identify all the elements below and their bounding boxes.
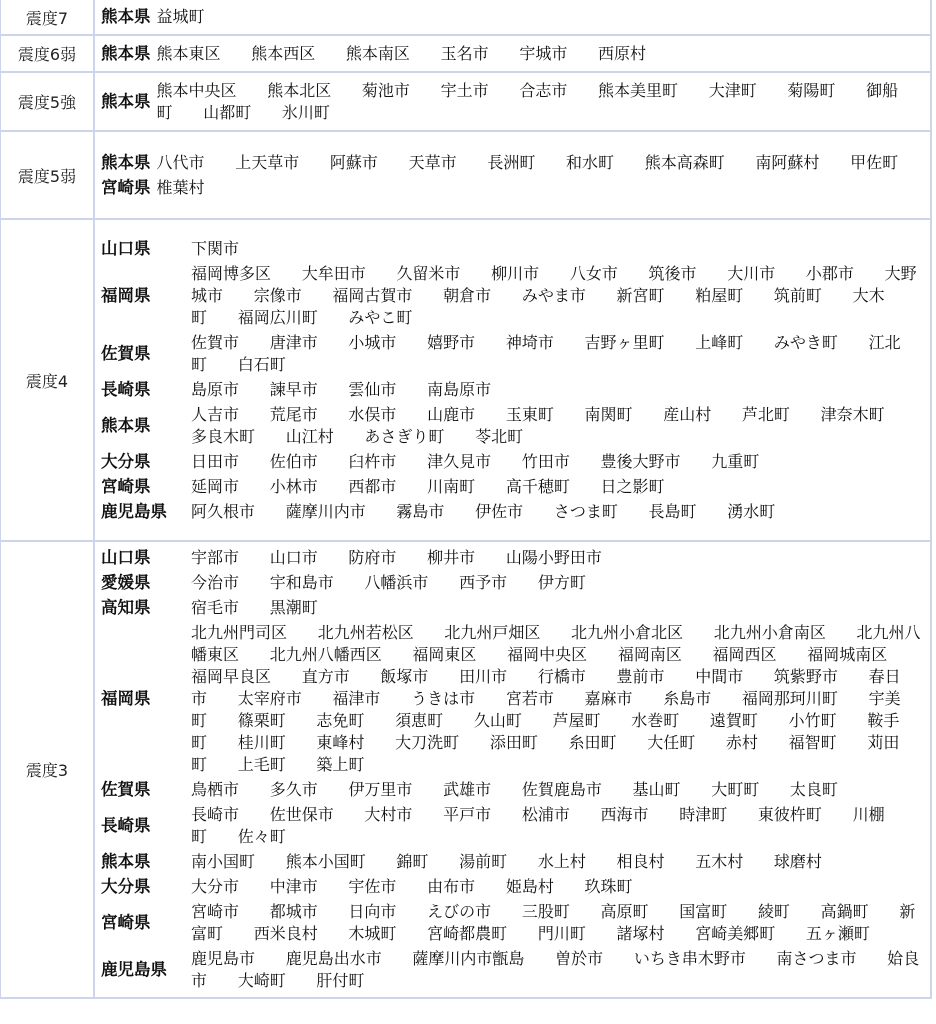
town-name: 粕屋町 bbox=[695, 286, 743, 305]
town-name: 八女市 bbox=[570, 264, 618, 283]
town-name: 日田市 bbox=[191, 452, 239, 471]
town-name: 延岡市 bbox=[191, 477, 239, 496]
town-name: 長島町 bbox=[649, 502, 697, 521]
town-name: 諸塚村 bbox=[617, 924, 665, 943]
town-name: 飯塚市 bbox=[380, 667, 428, 686]
town-name: 大町町 bbox=[711, 780, 759, 799]
town-name: 柳川市 bbox=[491, 264, 539, 283]
town-name: 氷川町 bbox=[282, 103, 330, 122]
town-name: 熊本南区 bbox=[346, 44, 410, 63]
town-name: 武雄市 bbox=[443, 780, 491, 799]
town-list: 熊本中央区 熊本北区 菊池市 宇土市 合志市 熊本美里町 大津町 菊陽町 御船町… bbox=[151, 80, 925, 124]
town-name: 吉野ヶ里町 bbox=[585, 333, 665, 352]
affected-areas-cell: 熊本県八代市 上天草市 阿蘇市 天草市 長洲町 和水町 熊本高森町 南阿蘇村 甲… bbox=[94, 131, 931, 219]
table-body: 震度7熊本県益城町 震度6弱熊本県熊本東区 熊本西区 熊本南区 玉名市 宇城市 … bbox=[0, 0, 931, 998]
town-name: 東峰村 bbox=[316, 733, 364, 752]
town-list: 下関市 bbox=[185, 238, 924, 260]
town-name: 水上村 bbox=[538, 852, 586, 871]
town-name: 南関町 bbox=[585, 405, 633, 424]
affected-areas-cell: 熊本県熊本東区 熊本西区 熊本南区 玉名市 宇城市 西原村 bbox=[94, 35, 931, 72]
town-name: 南さつま市 bbox=[777, 949, 857, 968]
town-name: あさぎり町 bbox=[364, 427, 444, 446]
prefecture-row: 熊本県南小国町 熊本小国町 錦町 湯前町 水上村 相良村 五木村 球磨村 bbox=[101, 851, 924, 873]
town-list: 人吉市 荒尾市 水俣市 山鹿市 玉東町 南関町 産山村 芦北町 津奈木町 多良木… bbox=[185, 404, 924, 448]
prefecture-row: 熊本県八代市 上天草市 阿蘇市 天草市 長洲町 和水町 熊本高森町 南阿蘇村 甲… bbox=[101, 152, 924, 174]
prefecture-row: 佐賀県鳥栖市 多久市 伊万里市 武雄市 佐賀鹿島市 基山町 大町町 太良町 bbox=[101, 779, 924, 801]
affected-areas-cell: 山口県下関市 福岡県福岡博多区 大牟田市 久留米市 柳川市 八女市 筑後市 大川… bbox=[94, 219, 931, 541]
town-name: 宇和島市 bbox=[270, 573, 334, 592]
town-name: 西予市 bbox=[459, 573, 507, 592]
prefecture-name: 熊本県 bbox=[101, 43, 151, 65]
town-name: 大刀洗町 bbox=[395, 733, 459, 752]
town-name: 国富町 bbox=[679, 902, 727, 921]
town-name: 北九州小倉北区 bbox=[571, 623, 683, 642]
town-name: 宮崎美郷町 bbox=[695, 924, 775, 943]
town-list: 宮崎市 都城市 日向市 えびの市 三股町 高原町 国富町 綾町 高鍋町 新富町 … bbox=[185, 901, 924, 945]
prefecture-row: 宮崎県椎葉村 bbox=[101, 177, 924, 199]
town-name: 西米良村 bbox=[254, 924, 318, 943]
town-name: 鹿児島市 bbox=[191, 949, 255, 968]
town-name: 水巻町 bbox=[631, 711, 679, 730]
town-name: 福岡南区 bbox=[618, 645, 682, 664]
town-name: 小城市 bbox=[348, 333, 396, 352]
intensity-row: 震度5弱熊本県八代市 上天草市 阿蘇市 天草市 長洲町 和水町 熊本高森町 南阿… bbox=[0, 131, 931, 219]
town-name: いちき串木野市 bbox=[634, 949, 746, 968]
town-name: 宮崎都農町 bbox=[427, 924, 507, 943]
town-name: 大分市 bbox=[191, 877, 239, 896]
prefecture-row: 高知県宿毛市 黒潮町 bbox=[101, 597, 924, 619]
intensity-level: 震度3 bbox=[0, 541, 94, 998]
town-name: 人吉市 bbox=[191, 405, 239, 424]
town-name: 新宮町 bbox=[617, 286, 665, 305]
prefecture-name: 熊本県 bbox=[101, 415, 185, 437]
town-name: 伊方町 bbox=[538, 573, 586, 592]
town-name: 高千穂町 bbox=[506, 477, 570, 496]
town-name: 五ヶ瀬町 bbox=[806, 924, 870, 943]
town-name: 球磨村 bbox=[774, 852, 822, 871]
prefecture-row: 鹿児島県鹿児島市 鹿児島出水市 薩摩川内市甑島 曽於市 いちき串木野市 南さつま… bbox=[101, 948, 924, 992]
town-name: 熊本小国町 bbox=[286, 852, 366, 871]
town-name: 赤村 bbox=[726, 733, 758, 752]
intensity-level: 震度6弱 bbox=[0, 35, 94, 72]
town-name: 日向市 bbox=[348, 902, 396, 921]
prefecture-row: 長崎県長崎市 佐世保市 大村市 平戸市 松浦市 西海市 時津町 東彼杵町 川棚町… bbox=[101, 804, 924, 848]
town-name: 北九州小倉南区 bbox=[714, 623, 826, 642]
town-name: 宿毛市 bbox=[191, 598, 239, 617]
town-name: 佐賀市 bbox=[191, 333, 239, 352]
affected-areas-cell: 熊本県益城町 bbox=[94, 0, 931, 35]
town-name: 相良村 bbox=[617, 852, 665, 871]
town-name: 福岡那珂川町 bbox=[742, 689, 838, 708]
town-name: 朝倉市 bbox=[443, 286, 491, 305]
town-name: 霧島市 bbox=[396, 502, 444, 521]
town-name: 玉東町 bbox=[506, 405, 554, 424]
intensity-level: 震度5強 bbox=[0, 72, 94, 131]
town-name: 小林市 bbox=[270, 477, 318, 496]
intensity-row: 震度7熊本県益城町 bbox=[0, 0, 931, 35]
town-name: 益城町 bbox=[157, 7, 205, 26]
prefecture-row: 大分県日田市 佐伯市 臼杵市 津久見市 竹田市 豊後大野市 九重町 bbox=[101, 451, 924, 473]
town-name: 南小国町 bbox=[191, 852, 255, 871]
town-name: 福岡中央区 bbox=[507, 645, 587, 664]
town-name: 山鹿市 bbox=[427, 405, 475, 424]
town-name: 糸島市 bbox=[663, 689, 711, 708]
town-name: 久留米市 bbox=[396, 264, 460, 283]
town-name: 嘉麻市 bbox=[585, 689, 633, 708]
town-name: 中津市 bbox=[270, 877, 318, 896]
prefecture-name: 大分県 bbox=[101, 876, 185, 898]
town-name: 時津町 bbox=[679, 805, 727, 824]
town-name: 福岡広川町 bbox=[238, 308, 318, 327]
town-list: 今治市 宇和島市 八幡浜市 西予市 伊方町 bbox=[185, 572, 924, 594]
town-name: 湯前町 bbox=[459, 852, 507, 871]
town-name: 北九州若松区 bbox=[318, 623, 414, 642]
town-name: 宇佐市 bbox=[348, 877, 396, 896]
town-list: 日田市 佐伯市 臼杵市 津久見市 竹田市 豊後大野市 九重町 bbox=[185, 451, 924, 473]
town-name: 黒潮町 bbox=[270, 598, 318, 617]
town-name: 薩摩川内市 bbox=[286, 502, 366, 521]
intensity-row: 震度5強熊本県熊本中央区 熊本北区 菊池市 宇土市 合志市 熊本美里町 大津町 … bbox=[0, 72, 931, 131]
town-name: 由布市 bbox=[427, 877, 475, 896]
town-name: 玉名市 bbox=[441, 44, 489, 63]
prefecture-name: 鹿児島県 bbox=[101, 501, 185, 523]
town-name: みやま市 bbox=[522, 286, 586, 305]
town-name: 福智町 bbox=[789, 733, 837, 752]
town-name: 椎葉村 bbox=[157, 178, 205, 197]
town-name: 肝付町 bbox=[316, 971, 364, 990]
town-name: さつま町 bbox=[554, 502, 618, 521]
town-name: 産山村 bbox=[663, 405, 711, 424]
town-name: 須恵町 bbox=[395, 711, 443, 730]
prefecture-row: 福岡県北九州門司区 北九州若松区 北九州戸畑区 北九州小倉北区 北九州小倉南区 … bbox=[101, 622, 924, 776]
town-name: 甲佐町 bbox=[850, 153, 898, 172]
town-name: 伊佐市 bbox=[475, 502, 523, 521]
town-name: 大牟田市 bbox=[302, 264, 366, 283]
prefecture-name: 山口県 bbox=[101, 238, 185, 260]
prefecture-name: 高知県 bbox=[101, 597, 185, 619]
town-name: 東彼杵町 bbox=[758, 805, 822, 824]
prefecture-name: 熊本県 bbox=[101, 6, 151, 28]
town-name: 福岡城南区 bbox=[807, 645, 887, 664]
prefecture-row: 福岡県福岡博多区 大牟田市 久留米市 柳川市 八女市 筑後市 大川市 小郡市 大… bbox=[101, 263, 924, 329]
town-name: 遠賀町 bbox=[710, 711, 758, 730]
town-name: 南島原市 bbox=[427, 380, 491, 399]
town-name: 豊後大野市 bbox=[601, 452, 681, 471]
town-name: 篠栗町 bbox=[238, 711, 286, 730]
prefecture-row: 熊本県人吉市 荒尾市 水俣市 山鹿市 玉東町 南関町 産山村 芦北町 津奈木町 … bbox=[101, 404, 924, 448]
town-name: 福岡博多区 bbox=[191, 264, 271, 283]
town-name: 大任町 bbox=[647, 733, 695, 752]
town-list: 北九州門司区 北九州若松区 北九州戸畑区 北九州小倉北区 北九州小倉南区 北九州… bbox=[185, 622, 924, 776]
town-name: 宮若市 bbox=[506, 689, 554, 708]
town-name: 唐津市 bbox=[270, 333, 318, 352]
town-name: 宇部市 bbox=[191, 548, 239, 567]
town-name: 小竹町 bbox=[789, 711, 837, 730]
town-name: 山陽小野田市 bbox=[506, 548, 602, 567]
intensity-level: 震度7 bbox=[0, 0, 94, 35]
town-name: 豊前市 bbox=[617, 667, 665, 686]
affected-areas-cell: 山口県宇部市 山口市 防府市 柳井市 山陽小野田市 愛媛県今治市 宇和島市 八幡… bbox=[94, 541, 931, 998]
prefecture-row: 熊本県益城町 bbox=[101, 6, 924, 28]
town-name: 宮崎市 bbox=[191, 902, 239, 921]
town-name: 曽於市 bbox=[555, 949, 603, 968]
town-name: 久山町 bbox=[474, 711, 522, 730]
intensity-level: 震度5弱 bbox=[0, 131, 94, 219]
prefecture-row: 熊本県熊本東区 熊本西区 熊本南区 玉名市 宇城市 西原村 bbox=[101, 43, 924, 65]
town-name: みやこ町 bbox=[348, 308, 412, 327]
town-name: 錦町 bbox=[396, 852, 428, 871]
town-list: 鹿児島市 鹿児島出水市 薩摩川内市甑島 曽於市 いちき串木野市 南さつま市 姶良… bbox=[185, 948, 924, 992]
town-name: 菊池市 bbox=[362, 81, 410, 100]
town-name: 津久見市 bbox=[427, 452, 491, 471]
town-name: 五木村 bbox=[695, 852, 743, 871]
town-list: 阿久根市 薩摩川内市 霧島市 伊佐市 さつま町 長島町 湧水町 bbox=[185, 501, 924, 523]
town-name: 天草市 bbox=[409, 153, 457, 172]
town-name: 山口市 bbox=[270, 548, 318, 567]
town-name: 日之影町 bbox=[601, 477, 665, 496]
town-name: 大村市 bbox=[364, 805, 412, 824]
town-name: 菊陽町 bbox=[787, 81, 835, 100]
town-name: 北九州戸畑区 bbox=[444, 623, 540, 642]
town-name: みやき町 bbox=[774, 333, 838, 352]
prefecture-name: 宮崎県 bbox=[101, 476, 185, 498]
town-name: 熊本中央区 bbox=[157, 81, 237, 100]
town-name: 三股町 bbox=[522, 902, 570, 921]
town-name: 嬉野市 bbox=[427, 333, 475, 352]
prefecture-name: 大分県 bbox=[101, 451, 185, 473]
prefecture-name: 熊本県 bbox=[101, 91, 151, 113]
town-name: 芦屋町 bbox=[553, 711, 601, 730]
town-list: 椎葉村 bbox=[151, 177, 925, 199]
town-name: 都城市 bbox=[270, 902, 318, 921]
town-name: 諫早市 bbox=[270, 380, 318, 399]
town-list: 南小国町 熊本小国町 錦町 湯前町 水上村 相良村 五木村 球磨村 bbox=[185, 851, 924, 873]
prefecture-name: 福岡県 bbox=[101, 688, 185, 710]
town-name: 筑後市 bbox=[649, 264, 697, 283]
town-name: 門川町 bbox=[538, 924, 586, 943]
town-name: 西都市 bbox=[348, 477, 396, 496]
town-name: 桂川町 bbox=[238, 733, 286, 752]
town-name: 長洲町 bbox=[487, 153, 535, 172]
town-name: 竹田市 bbox=[522, 452, 570, 471]
town-name: 山都町 bbox=[203, 103, 251, 122]
intensity-row: 震度4山口県下関市 福岡県福岡博多区 大牟田市 久留米市 柳川市 八女市 筑後市… bbox=[0, 219, 931, 541]
town-name: 苓北町 bbox=[475, 427, 523, 446]
town-list: 延岡市 小林市 西都市 川南町 高千穂町 日之影町 bbox=[185, 476, 924, 498]
prefecture-row: 宮崎県宮崎市 都城市 日向市 えびの市 三股町 高原町 国富町 綾町 高鍋町 新… bbox=[101, 901, 924, 945]
prefecture-row: 熊本県熊本中央区 熊本北区 菊池市 宇土市 合志市 熊本美里町 大津町 菊陽町 … bbox=[101, 80, 924, 124]
town-name: 九重町 bbox=[711, 452, 759, 471]
town-name: 松浦市 bbox=[522, 805, 570, 824]
town-name: 和水町 bbox=[566, 153, 614, 172]
town-name: 西原村 bbox=[598, 44, 646, 63]
town-name: 綾町 bbox=[758, 902, 790, 921]
seismic-intensity-table: 震度7熊本県益城町 震度6弱熊本県熊本東区 熊本西区 熊本南区 玉名市 宇城市 … bbox=[0, 0, 932, 999]
intensity-level: 震度4 bbox=[0, 219, 94, 541]
town-name: 阿久根市 bbox=[191, 502, 255, 521]
town-name: 鹿児島出水市 bbox=[286, 949, 382, 968]
town-name: 北九州八幡西区 bbox=[270, 645, 382, 664]
prefecture-row: 大分県大分市 中津市 宇佐市 由布市 姫島村 玖珠町 bbox=[101, 876, 924, 898]
prefecture-name: 鹿児島県 bbox=[101, 959, 185, 981]
town-list: 益城町 bbox=[151, 6, 925, 28]
town-name: 白石町 bbox=[238, 355, 286, 374]
prefecture-row: 愛媛県今治市 宇和島市 八幡浜市 西予市 伊方町 bbox=[101, 572, 924, 594]
town-name: 南阿蘇村 bbox=[755, 153, 819, 172]
town-list: 長崎市 佐世保市 大村市 平戸市 松浦市 西海市 時津町 東彼杵町 川棚町 佐々… bbox=[185, 804, 924, 848]
town-name: 筑前町 bbox=[774, 286, 822, 305]
town-name: 今治市 bbox=[191, 573, 239, 592]
town-name: 臼杵市 bbox=[348, 452, 396, 471]
prefecture-row: 佐賀県佐賀市 唐津市 小城市 嬉野市 神埼市 吉野ヶ里町 上峰町 みやき町 江北… bbox=[101, 332, 924, 376]
town-name: 宇城市 bbox=[519, 44, 567, 63]
prefecture-name: 熊本県 bbox=[101, 152, 151, 174]
town-list: 島原市 諫早市 雲仙市 南島原市 bbox=[185, 379, 924, 401]
town-name: 熊本高森町 bbox=[645, 153, 725, 172]
town-list: 宇部市 山口市 防府市 柳井市 山陽小野田市 bbox=[185, 547, 924, 569]
town-name: 田川市 bbox=[459, 667, 507, 686]
prefecture-row: 宮崎県延岡市 小林市 西都市 川南町 高千穂町 日之影町 bbox=[101, 476, 924, 498]
town-name: 福岡古賀市 bbox=[332, 286, 412, 305]
town-name: 福岡東区 bbox=[412, 645, 476, 664]
town-list: 熊本東区 熊本西区 熊本南区 玉名市 宇城市 西原村 bbox=[151, 43, 925, 65]
town-name: 熊本美里町 bbox=[598, 81, 678, 100]
prefecture-name: 山口県 bbox=[101, 547, 185, 569]
town-name: うきは市 bbox=[411, 689, 475, 708]
town-name: 湧水町 bbox=[727, 502, 775, 521]
town-name: 北九州門司区 bbox=[191, 623, 287, 642]
town-name: 筑紫野市 bbox=[774, 667, 838, 686]
town-name: 宇土市 bbox=[441, 81, 489, 100]
town-name: 多久市 bbox=[270, 780, 318, 799]
town-name: 熊本西区 bbox=[251, 44, 315, 63]
town-name: 伊万里市 bbox=[348, 780, 412, 799]
town-name: 佐世保市 bbox=[270, 805, 334, 824]
town-name: 大津町 bbox=[709, 81, 757, 100]
town-name: 柳井市 bbox=[427, 548, 475, 567]
intensity-row: 震度6弱熊本県熊本東区 熊本西区 熊本南区 玉名市 宇城市 西原村 bbox=[0, 35, 931, 72]
town-name: 太宰府市 bbox=[238, 689, 302, 708]
town-name: 築上町 bbox=[316, 755, 364, 774]
town-name: 山江村 bbox=[286, 427, 334, 446]
town-name: 行橋市 bbox=[538, 667, 586, 686]
town-name: 佐伯市 bbox=[270, 452, 318, 471]
town-name: 神埼市 bbox=[506, 333, 554, 352]
town-name: 中間市 bbox=[695, 667, 743, 686]
town-name: 上峰町 bbox=[695, 333, 743, 352]
town-name: 長崎市 bbox=[191, 805, 239, 824]
town-name: 防府市 bbox=[348, 548, 396, 567]
prefecture-row: 長崎県島原市 諫早市 雲仙市 南島原市 bbox=[101, 379, 924, 401]
town-list: 宿毛市 黒潮町 bbox=[185, 597, 924, 619]
town-name: 雲仙市 bbox=[348, 380, 396, 399]
affected-areas-cell: 熊本県熊本中央区 熊本北区 菊池市 宇土市 合志市 熊本美里町 大津町 菊陽町 … bbox=[94, 72, 931, 131]
town-name: 基山町 bbox=[633, 780, 681, 799]
town-name: 高原町 bbox=[601, 902, 649, 921]
town-name: 下関市 bbox=[191, 239, 239, 258]
town-name: 太良町 bbox=[790, 780, 838, 799]
town-name: 上毛町 bbox=[238, 755, 286, 774]
town-list: 八代市 上天草市 阿蘇市 天草市 長洲町 和水町 熊本高森町 南阿蘇村 甲佐町 bbox=[151, 152, 925, 174]
town-name: 福津市 bbox=[332, 689, 380, 708]
town-name: 多良木町 bbox=[191, 427, 255, 446]
town-list: 佐賀市 唐津市 小城市 嬉野市 神埼市 吉野ヶ里町 上峰町 みやき町 江北町 白… bbox=[185, 332, 924, 376]
town-name: 大川市 bbox=[727, 264, 775, 283]
town-name: 糸田町 bbox=[569, 733, 617, 752]
prefecture-name: 福岡県 bbox=[101, 285, 185, 307]
prefecture-name: 愛媛県 bbox=[101, 572, 185, 594]
town-name: 熊本北区 bbox=[267, 81, 331, 100]
prefecture-name: 長崎県 bbox=[101, 379, 185, 401]
town-name: 合志市 bbox=[519, 81, 567, 100]
prefecture-name: 佐賀県 bbox=[101, 779, 185, 801]
town-name: 川南町 bbox=[427, 477, 475, 496]
town-name: 木城町 bbox=[348, 924, 396, 943]
town-name: 八代市 bbox=[157, 153, 205, 172]
town-list: 大分市 中津市 宇佐市 由布市 姫島村 玖珠町 bbox=[185, 876, 924, 898]
prefecture-name: 長崎県 bbox=[101, 815, 185, 837]
town-name: 玖珠町 bbox=[585, 877, 633, 896]
town-name: 直方市 bbox=[302, 667, 350, 686]
town-name: 高鍋町 bbox=[821, 902, 869, 921]
prefecture-row: 鹿児島県阿久根市 薩摩川内市 霧島市 伊佐市 さつま町 長島町 湧水町 bbox=[101, 501, 924, 523]
town-name: 島原市 bbox=[191, 380, 239, 399]
town-name: 宗像市 bbox=[254, 286, 302, 305]
town-name: 佐賀鹿島市 bbox=[522, 780, 602, 799]
prefecture-name: 熊本県 bbox=[101, 851, 185, 873]
prefecture-name: 宮崎県 bbox=[101, 177, 151, 199]
town-name: 志免町 bbox=[316, 711, 364, 730]
town-name: 西海市 bbox=[601, 805, 649, 824]
town-name: 阿蘇市 bbox=[330, 153, 378, 172]
town-name: 荒尾市 bbox=[270, 405, 318, 424]
prefecture-row: 山口県下関市 bbox=[101, 238, 924, 260]
town-name: 大崎町 bbox=[238, 971, 286, 990]
prefecture-name: 佐賀県 bbox=[101, 343, 185, 365]
town-name: 佐々町 bbox=[238, 827, 286, 846]
town-name: 芦北町 bbox=[742, 405, 790, 424]
town-name: 添田町 bbox=[490, 733, 538, 752]
town-list: 鳥栖市 多久市 伊万里市 武雄市 佐賀鹿島市 基山町 大町町 太良町 bbox=[185, 779, 924, 801]
town-name: 水俣市 bbox=[348, 405, 396, 424]
town-list: 福岡博多区 大牟田市 久留米市 柳川市 八女市 筑後市 大川市 小郡市 大野城市… bbox=[185, 263, 924, 329]
intensity-row: 震度3山口県宇部市 山口市 防府市 柳井市 山陽小野田市 愛媛県今治市 宇和島市… bbox=[0, 541, 931, 998]
town-name: 薩摩川内市甑島 bbox=[412, 949, 524, 968]
town-name: 福岡西区 bbox=[713, 645, 777, 664]
town-name: 平戸市 bbox=[443, 805, 491, 824]
town-name: 上天草市 bbox=[235, 153, 299, 172]
prefecture-row: 山口県宇部市 山口市 防府市 柳井市 山陽小野田市 bbox=[101, 547, 924, 569]
town-name: 津奈木町 bbox=[821, 405, 885, 424]
town-name: 姫島村 bbox=[506, 877, 554, 896]
town-name: 小郡市 bbox=[806, 264, 854, 283]
town-name: 福岡早良区 bbox=[191, 667, 271, 686]
town-name: 八幡浜市 bbox=[364, 573, 428, 592]
town-name: えびの市 bbox=[427, 902, 491, 921]
town-name: 熊本東区 bbox=[157, 44, 221, 63]
prefecture-name: 宮崎県 bbox=[101, 912, 185, 934]
town-name: 鳥栖市 bbox=[191, 780, 239, 799]
